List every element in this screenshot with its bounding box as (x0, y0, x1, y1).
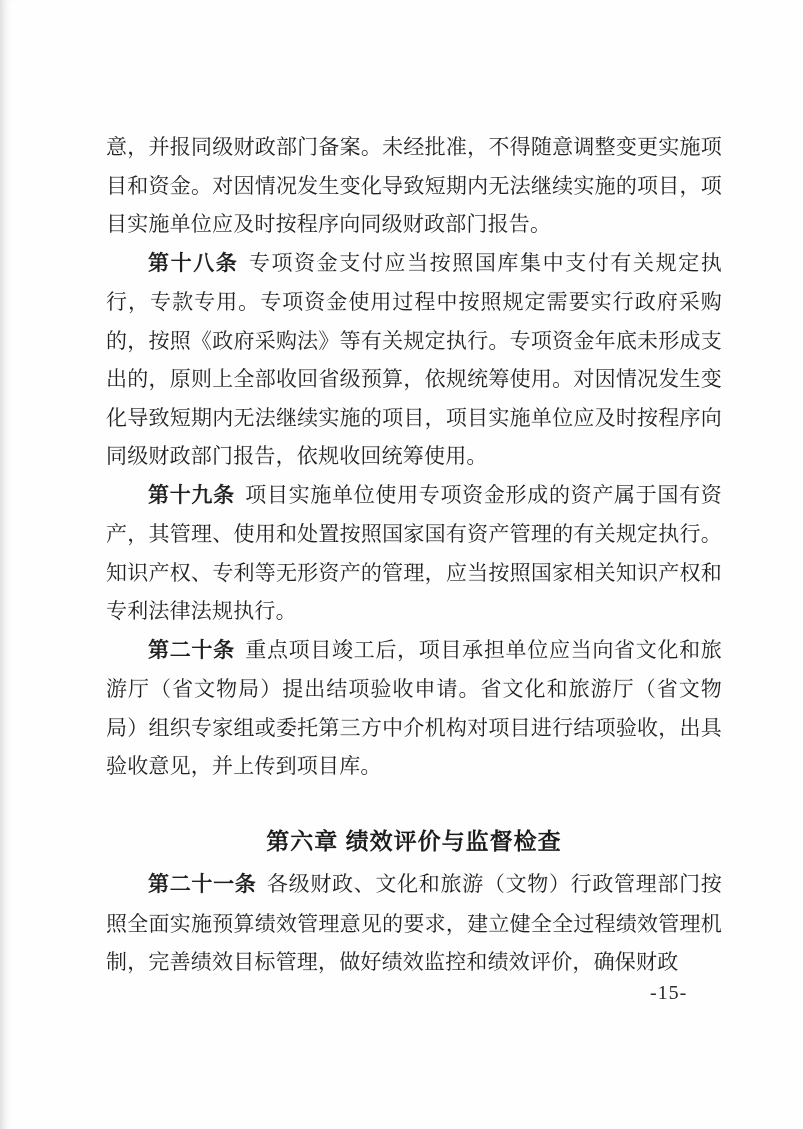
article-text: 专项资金支付应当按照国库集中支付有关规定执行，专款专用。专项资金使用过程中按照规… (106, 251, 722, 469)
article-number: 第十八条 (148, 252, 238, 275)
article-number: 第二十条 (148, 639, 235, 662)
chapter-heading: 第六章 绩效评价与监督检查 (106, 822, 722, 861)
document-body: 意，并报同级财政部门备案。未经批准，不得随意调整变更实施项目和资金。对因情况发生… (106, 128, 722, 982)
article-number: 第十九条 (148, 484, 235, 507)
article-paragraph: 第十八条专项资金支付应当按照国库集中支付有关规定执行，专款专用。专项资金使用过程… (106, 244, 722, 476)
article-number: 第二十一条 (148, 873, 256, 896)
article-paragraph: 第二十一条各级财政、文化和旅游（文物）行政管理部门按照全面实施预算绩效管理意见的… (106, 865, 722, 982)
document-page: 意，并报同级财政部门备案。未经批准，不得随意调整变更实施项目和资金。对因情况发生… (0, 0, 803, 1129)
body-paragraph: 意，并报同级财政部门备案。未经批准，不得随意调整变更实施项目和资金。对因情况发生… (106, 128, 722, 244)
article-paragraph: 第十九条项目实施单位使用专项资金形成的资产属于国有资产，其管理、使用和处置按照国… (106, 476, 722, 631)
article-paragraph: 第二十条重点项目竣工后，项目承担单位应当向省文化和旅游厅（省文物局）提出结项验收… (106, 631, 722, 786)
page-number: -15- (650, 982, 687, 1005)
